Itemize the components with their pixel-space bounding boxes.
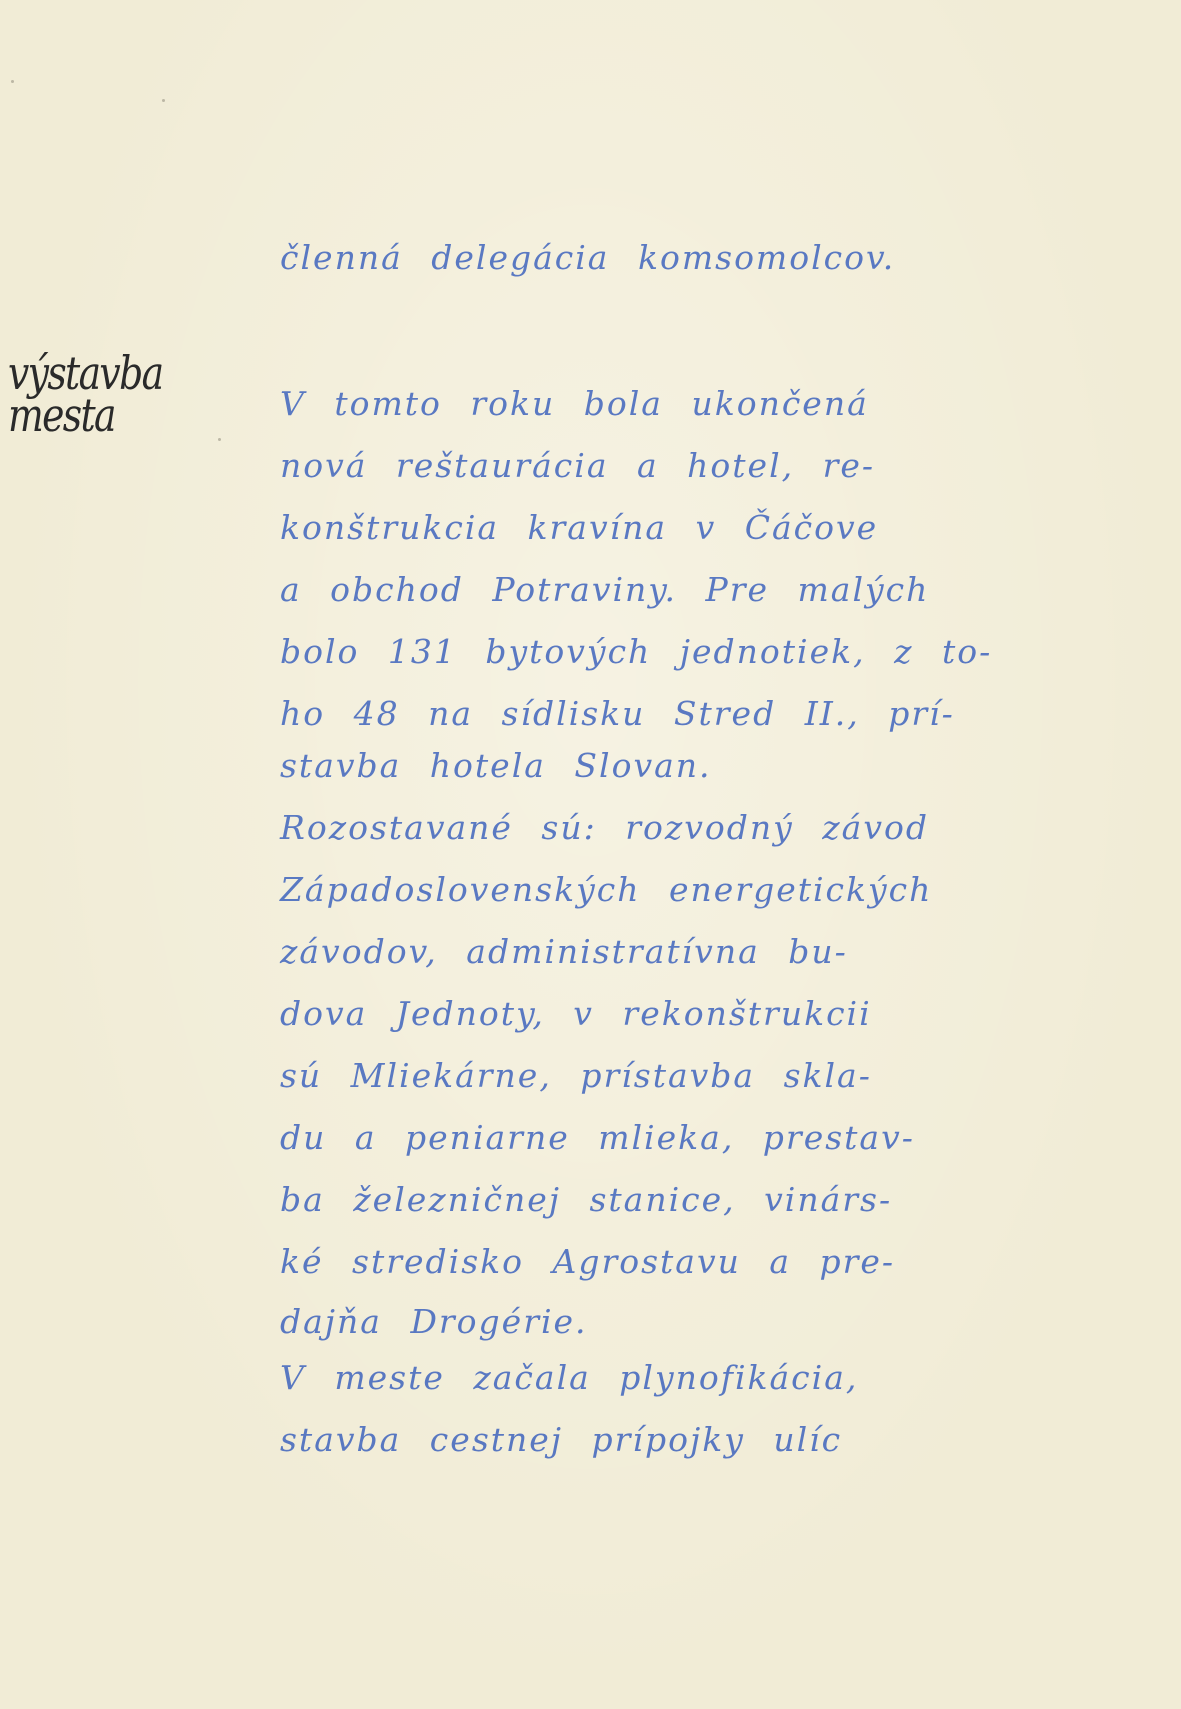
text-line: ho 48 na sídlisku Stred II., prí- — [280, 694, 955, 733]
margin-heading: výstavba mesta — [8, 352, 164, 436]
text-line: ba železničnej stanice, vinárs- — [280, 1180, 892, 1219]
text-line: sú Mliekárne, prístavba skla- — [280, 1056, 872, 1095]
text-line: dova Jednoty, v rekonštrukcii — [280, 994, 872, 1033]
text-line: du a peniarne mlieka, prestav- — [280, 1118, 915, 1157]
text-line: dajňa Drogérie. — [280, 1302, 588, 1341]
text-line: nová reštaurácia a hotel, re- — [280, 446, 875, 485]
text-line: a obchod Potraviny. Pre malých — [280, 570, 929, 609]
text-line: stavba hotela Slovan. — [280, 746, 712, 785]
text-line: konštrukcia kravína v Čáčove — [280, 508, 878, 547]
text-line: Rozostavané sú: rozvodný závod — [280, 808, 929, 847]
paper-speck — [11, 80, 14, 83]
text-line: Západoslovenských energetických — [280, 870, 932, 909]
text-line: V tomto roku bola ukončená — [280, 384, 869, 423]
text-line: závodov, administratívna bu- — [280, 932, 848, 971]
text-line: ké stredisko Agrostavu a pre- — [280, 1242, 895, 1281]
paper-speck — [162, 99, 165, 102]
text-line: členná delegácia komsomolcov. — [280, 238, 895, 277]
text-line: bolo 131 bytových jednotiek, z to- — [280, 632, 992, 671]
margin-heading-line-2: mesta — [8, 394, 164, 436]
chronicle-page: výstavba mesta členná delegácia komsomol… — [0, 0, 1181, 1709]
text-line: V meste začala plynofikácia, — [280, 1358, 858, 1397]
paper-speck — [218, 438, 221, 441]
handwritten-body: členná delegácia komsomolcov. V tomto ro… — [280, 0, 1060, 1709]
text-line: stavba cestnej prípojky ulíc — [280, 1420, 842, 1459]
